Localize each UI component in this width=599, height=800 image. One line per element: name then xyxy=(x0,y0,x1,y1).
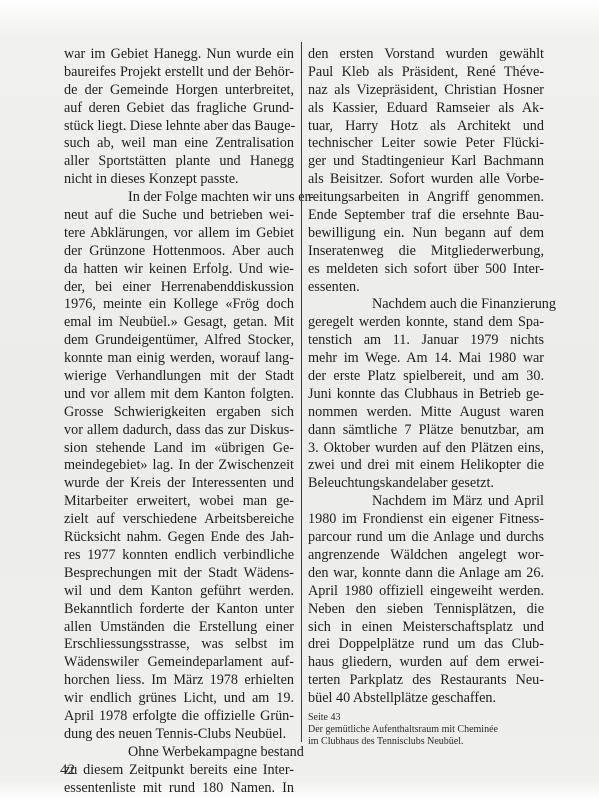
text-line: der erste Platz spielbereit, und am 30. xyxy=(308,368,544,386)
text-line: dann sämtliche 7 Plätze benutzbar, am xyxy=(308,422,544,440)
text-line: als Beisitzer. Sofort wurden alle Vorbe- xyxy=(308,171,544,189)
text-line: 1980 im Frondienst ein eigener Fitness- xyxy=(308,511,544,529)
page-number: 42 xyxy=(60,762,75,779)
text-line: vor allem dadurch, dass das zur Diskus- xyxy=(64,422,294,440)
text-line: wurde der Kreis der Interessenten und xyxy=(64,475,294,493)
text-line: Grosse Schwierigkeiten ergaben sich xyxy=(64,404,294,422)
text-line: April 1980 offiziell eingeweiht werden. xyxy=(308,583,544,601)
text-line: 3. Oktober wurden auf den Plätzen eins, xyxy=(308,440,544,458)
text-line: wil und dem Kanton geführt werden. xyxy=(64,583,294,601)
text-line: Bekanntlich forderte der Kanton unter xyxy=(64,601,294,619)
paragraph-start-line: In der Folge machten wir uns er- xyxy=(64,189,294,207)
text-line: bewilligung ein. Nun begann auf dem xyxy=(308,225,544,243)
book-page: war im Gebiet Hanegg. Nun wurde ein baur… xyxy=(0,0,599,800)
text-line: emal im Neubüel.» Gesagt, getan. Mit xyxy=(64,314,294,332)
text-line: büel 40 Abstellplätze geschaffen. xyxy=(308,690,544,708)
text-line: drei Doppelplätze rund um das Club- xyxy=(308,636,544,654)
text-line: stück liegt. Diese lehnte aber das Bauge… xyxy=(64,118,294,136)
text-line: de der Gemeinde Horgen unterbreitet, xyxy=(64,82,294,100)
text-line: tere Abklärungen, vor allem im Gebiet xyxy=(64,225,294,243)
text-line: zwei und drei mit einem Helikopter die xyxy=(308,457,544,475)
text-line: es meldeten sich sofort über 500 Inter- xyxy=(308,261,544,279)
text-line: meindegebiet» lag. In der Zwischenzeit xyxy=(64,457,294,475)
text-line: nicht in dieses Konzept passte. xyxy=(64,171,294,189)
text-line: sion stehende Land im «übrigen Ge- xyxy=(64,440,294,458)
text-line: horchen liess. Im März 1978 erhielten xyxy=(64,672,294,690)
text-line: war im Gebiet Hanegg. Nun wurde ein xyxy=(64,46,294,64)
image-caption: Seite 43 Der gemütliche Aufenthaltsraum … xyxy=(308,712,548,747)
text-line: Wädenswiler Gemeindeparlament auf- xyxy=(64,654,294,672)
text-line: Neben den sieben Tennisplätzen, die xyxy=(308,601,544,619)
text-line: essentenliste mit rund 180 Namen. In xyxy=(64,780,294,798)
text-line: auf deren Gebiet das fragliche Grund- xyxy=(64,100,294,118)
text-line: haus gliedern, wurden auf dem erwei- xyxy=(308,654,544,672)
text-line: res 1977 konnten endlich verbindliche xyxy=(64,547,294,565)
text-line: baureifes Projekt erstellt und der Behör… xyxy=(64,64,294,82)
right-text-column: den ersten Vorstand wurden gewählt Paul … xyxy=(308,46,544,708)
text-line: essenten. xyxy=(308,279,544,297)
text-line: konnte man einig werden, worauf lang- xyxy=(64,350,294,368)
text-line: Beleuchtungskandelaber gesetzt. xyxy=(308,475,544,493)
text-line: neut auf die Suche und betrieben wei- xyxy=(64,207,294,225)
caption-page-reference: Seite 43 xyxy=(308,712,548,724)
text-line: angrenzende Wäldchen angelegt wor- xyxy=(308,547,544,565)
text-line: Inseratenweg die Mitgliederwerbung, xyxy=(308,243,544,261)
text-line: wir endlich grünes Licht, und am 19. xyxy=(64,690,294,708)
text-line: zielt auf verschiedene Arbeitsbereiche xyxy=(64,511,294,529)
text-line: allen Umständen die Erstellung einer xyxy=(64,619,294,637)
text-line: dung des neuen Tennis-Clubs Neubüel. xyxy=(64,726,294,744)
text-line: Rücksicht nahm. Gegen Ende des Jah- xyxy=(64,529,294,547)
caption-text-line: im Clubhaus des Tennisclubs Neubüel. xyxy=(308,736,548,748)
left-text-column: war im Gebiet Hanegg. Nun wurde ein baur… xyxy=(64,46,294,797)
text-line: und vor allem mit dem Kanton folgten. xyxy=(64,386,294,404)
column-divider xyxy=(301,42,302,742)
text-line: dem Grundeigentümer, Alfred Stocker, xyxy=(64,332,294,350)
text-line: aller Sportstätten plante und Hanegg xyxy=(64,153,294,171)
text-line: mehr im Wege. Am 14. Mai 1980 war xyxy=(308,350,544,368)
text-line: zu diesem Zeitpunkt bereits eine Inter- xyxy=(64,762,294,780)
text-line: Paul Kleb als Präsident, René Théve- xyxy=(308,64,544,82)
paragraph-start-line: Ohne Werbekampagne bestand xyxy=(64,744,294,762)
text-line: tuar, Harry Hotz als Architekt und xyxy=(308,118,544,136)
caption-text-line: Der gemütliche Aufenthaltsraum mit Chemi… xyxy=(308,724,548,736)
text-line: such ab, weil man eine Zentralisation xyxy=(64,135,294,153)
text-line: den ersten Vorstand wurden gewählt xyxy=(308,46,544,64)
text-line: naz als Vizepräsident, Christian Hosner xyxy=(308,82,544,100)
text-line: der Grünzone Hottenmoos. Aber auch xyxy=(64,243,294,261)
paragraph-start-line: Nachdem auch die Finanzierung xyxy=(308,296,544,314)
text-line: Besprechungen mit der Stadt Wädens- xyxy=(64,565,294,583)
text-line: technischer Leiter sowie Peter Flücki- xyxy=(308,135,544,153)
text-line: sich in einen Meisterschaftsplatz und xyxy=(308,619,544,637)
text-line: Ende September traf die ersehnte Bau- xyxy=(308,207,544,225)
text-line: April 1978 erfolgte die offizielle Grün- xyxy=(64,708,294,726)
text-line: Erschliessungsstrasse, was selbst im xyxy=(64,636,294,654)
text-line: der, bei einer Herrenabenddiskussion xyxy=(64,279,294,297)
text-line: parcour rund um die Anlage und durchs xyxy=(308,529,544,547)
text-line: ger und Stadtingenieur Karl Bachmann xyxy=(308,153,544,171)
text-line: terten Parkplatz des Restaurants Neu- xyxy=(308,672,544,690)
text-line: 1976, meinte ein Kollege «Frög doch xyxy=(64,296,294,314)
text-line: Mitarbeiter erweitert, wobei man ge- xyxy=(64,493,294,511)
text-line: tenstich am 11. Januar 1979 nichts xyxy=(308,332,544,350)
text-line: nommen werden. Mitte August waren xyxy=(308,404,544,422)
text-line: den war, konnte dann die Anlage am 26. xyxy=(308,565,544,583)
text-line: reitungsarbeiten in Angriff genommen. xyxy=(308,189,544,207)
text-line: da hatten wir keinen Erfolg. Und wie- xyxy=(64,261,294,279)
text-line: wierige Verhandlungen mit der Stadt xyxy=(64,368,294,386)
paragraph-start-line: Nachdem im März und April xyxy=(308,493,544,511)
text-line: Juni konnte das Clubhaus in Betrieb ge- xyxy=(308,386,544,404)
text-line: geregelt werden konnte, stand dem Spa- xyxy=(308,314,544,332)
text-line: als Kassier, Eduard Ramseier als Ak- xyxy=(308,100,544,118)
